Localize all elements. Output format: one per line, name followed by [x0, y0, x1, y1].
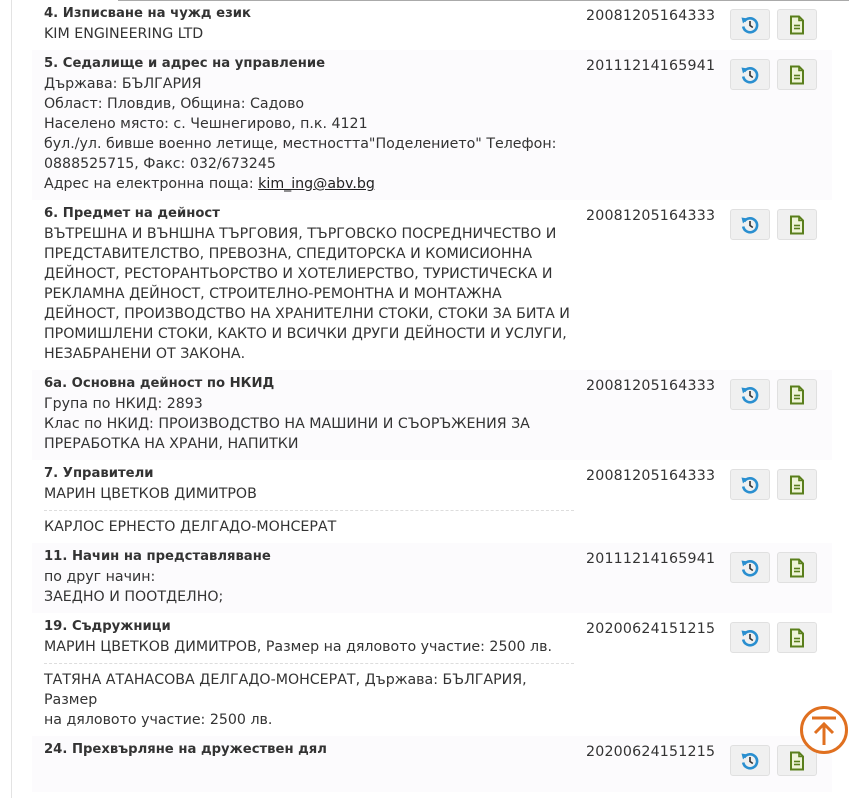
entry-timestamp: 20111214165941 — [586, 56, 715, 76]
entry-line: ДЕЙНОСТ, РЕСТОРАНТЬОРСТВО И ХОТЕЛИЕРСТВО… — [44, 264, 574, 284]
section-entries: МАРИН ЦВЕТКОВ ДИМИТРОВКАРЛОС ЕРНЕСТО ДЕЛ… — [44, 484, 574, 537]
history-button[interactable] — [730, 622, 770, 653]
entry-line: Група по НКИД: 2893 — [44, 394, 574, 414]
section-title: 6а. Основна дейност по НКИД — [44, 374, 574, 394]
arrow-to-top-icon — [799, 703, 849, 757]
history-button[interactable] — [730, 379, 770, 410]
entry-line: ЗАЕДНО И ПООТДЕЛНО; — [44, 587, 574, 607]
section-content: 4. Изписване на чужд език KIM ENGINEERIN… — [44, 4, 574, 44]
section-content: 19. Съдружници МАРИН ЦВЕТКОВ ДИМИТРОВ, Р… — [44, 617, 574, 730]
section-content: 5. Седалище и адрес на управление Държав… — [44, 54, 574, 194]
entry-line: ПРЕДСТАВИТЕЛСТВО, ПРЕВОЗНА, СПЕДИТОРСКА … — [44, 244, 574, 264]
entry-line: бул./ул. бивше военно летище, местността… — [44, 134, 574, 154]
registry-section: 6а. Основна дейност по НКИД Група по НКИ… — [32, 370, 832, 460]
registry-section: 24. Прехвърляне на дружествен дял 202006… — [32, 736, 832, 792]
document-icon — [789, 475, 805, 495]
entry-line: по друг начин: — [44, 567, 574, 587]
history-icon — [740, 475, 760, 495]
document-icon — [789, 558, 805, 578]
entry-line: KIM ENGINEERING LTD — [44, 24, 574, 44]
section-actions — [730, 59, 817, 90]
section-actions — [730, 9, 817, 40]
section-entries: ВЪТРЕШНА И ВЪНШНА ТЪРГОВИЯ, ТЪРГОВСКО ПО… — [44, 224, 574, 364]
section-title: 6. Предмет на дейност — [44, 204, 574, 224]
history-button[interactable] — [730, 9, 770, 40]
document-icon — [789, 15, 805, 35]
entry-line: КАРЛОС ЕРНЕСТО ДЕЛГАДО-МОНСЕРАТ — [44, 517, 574, 537]
history-icon — [740, 215, 760, 235]
entry-timestamp: 20081205164333 — [586, 466, 715, 486]
section-content: 11. Начин на представляване по друг начи… — [44, 547, 574, 607]
section-title: 24. Прехвърляне на дружествен дял — [44, 740, 574, 760]
section-title: 19. Съдружници — [44, 617, 574, 637]
document-button[interactable] — [777, 59, 817, 90]
left-divider — [11, 0, 12, 798]
registry-section: 6. Предмет на дейност ВЪТРЕШНА И ВЪНШНА … — [32, 200, 832, 370]
section-content: 24. Прехвърляне на дружествен дял — [44, 740, 574, 786]
document-button[interactable] — [777, 622, 817, 653]
history-icon — [740, 15, 760, 35]
entry-line: Държава: БЪЛГАРИЯ — [44, 74, 574, 94]
history-icon — [740, 65, 760, 85]
email-label: Адрес на електронна поща: — [44, 176, 258, 192]
entry-line: ВЪТРЕШНА И ВЪНШНА ТЪРГОВИЯ, ТЪРГОВСКО ПО… — [44, 224, 574, 244]
section-title: 7. Управители — [44, 464, 574, 484]
section-entry: Група по НКИД: 2893Клас по НКИД: ПРОИЗВО… — [44, 394, 574, 454]
document-button[interactable] — [777, 379, 817, 410]
history-icon — [740, 628, 760, 648]
section-entries: по друг начин:ЗАЕДНО И ПООТДЕЛНО; — [44, 567, 574, 607]
entry-line: НЕЗАБРАНЕНИ ОТ ЗАКОНА. — [44, 344, 574, 364]
history-button[interactable] — [730, 469, 770, 500]
entry-timestamp: 20081205164333 — [586, 206, 715, 226]
section-entries: Държава: БЪЛГАРИЯОбласт: Пловдив, Община… — [44, 74, 574, 194]
email-line: Адрес на електронна поща: kim_ing@abv.bg — [44, 174, 574, 194]
document-button[interactable] — [777, 469, 817, 500]
registry-sections-list: 4. Изписване на чужд език KIM ENGINEERIN… — [32, 0, 832, 792]
entry-timestamp: 20081205164333 — [586, 376, 715, 396]
section-entries: МАРИН ЦВЕТКОВ ДИМИТРОВ, Размер на дялово… — [44, 637, 574, 730]
section-entry: по друг начин:ЗАЕДНО И ПООТДЕЛНО; — [44, 567, 574, 607]
history-icon — [740, 385, 760, 405]
entry-line: Област: Пловдив, Община: Садово — [44, 94, 574, 114]
section-content: 7. Управители МАРИН ЦВЕТКОВ ДИМИТРОВКАРЛ… — [44, 464, 574, 537]
scroll-to-top-button[interactable] — [799, 703, 849, 757]
registry-section: 7. Управители МАРИН ЦВЕТКОВ ДИМИТРОВКАРЛ… — [32, 460, 832, 543]
entry-line: МАРИН ЦВЕТКОВ ДИМИТРОВ — [44, 484, 574, 504]
entry-timestamp: 20200624151215 — [586, 619, 715, 639]
section-actions — [730, 469, 817, 500]
document-icon — [789, 215, 805, 235]
registry-section: 5. Седалище и адрес на управление Държав… — [32, 50, 832, 200]
section-entries: Група по НКИД: 2893Клас по НКИД: ПРОИЗВО… — [44, 394, 574, 454]
section-content: 6. Предмет на дейност ВЪТРЕШНА И ВЪНШНА … — [44, 204, 574, 364]
email-link[interactable]: kim_ing@abv.bg — [258, 176, 375, 192]
history-button[interactable] — [730, 745, 770, 776]
entry-line: 0888525715, Факс: 032/673245 — [44, 154, 574, 174]
section-entry: KIM ENGINEERING LTD — [44, 24, 574, 44]
entry-line: РЕКЛАМНА ДЕЙНОСТ, СТРОИТЕЛНО-РЕМОНТНА И … — [44, 284, 574, 304]
entry-timestamp: 20200624151215 — [586, 742, 715, 762]
section-entry: ВЪТРЕШНА И ВЪНШНА ТЪРГОВИЯ, ТЪРГОВСКО ПО… — [44, 224, 574, 364]
entry-line: Населено място: с. Чешнегирово, п.к. 412… — [44, 114, 574, 134]
section-content: 6а. Основна дейност по НКИД Група по НКИ… — [44, 374, 574, 454]
entry-line: ДЕЙНОСТ, ПРОИЗВОДСТВО НА ХРАНИТЕЛНИ СТОК… — [44, 304, 574, 324]
entry-line: на дяловото участие: 2500 лв. — [44, 710, 574, 730]
history-icon — [740, 751, 760, 771]
registry-section: 19. Съдружници МАРИН ЦВЕТКОВ ДИМИТРОВ, Р… — [32, 613, 832, 736]
entry-line: Клас по НКИД: ПРОИЗВОДСТВО НА МАШИНИ И С… — [44, 414, 574, 434]
entry-timestamp: 20111214165941 — [586, 549, 715, 569]
section-actions — [730, 622, 817, 653]
document-button[interactable] — [777, 552, 817, 583]
section-entries: KIM ENGINEERING LTD — [44, 24, 574, 44]
entry-line: ПРОМИШЛЕНИ СТОКИ, КАКТО И ВСИЧКИ ДРУГИ Д… — [44, 324, 574, 344]
section-entry: КАРЛОС ЕРНЕСТО ДЕЛГАДО-МОНСЕРАТ — [44, 510, 574, 537]
document-button[interactable] — [777, 9, 817, 40]
section-actions — [730, 209, 817, 240]
section-title: 4. Изписване на чужд език — [44, 4, 574, 24]
history-button[interactable] — [730, 209, 770, 240]
section-actions — [730, 552, 817, 583]
section-entry: Държава: БЪЛГАРИЯОбласт: Пловдив, Община… — [44, 74, 574, 194]
registry-section: 4. Изписване на чужд език KIM ENGINEERIN… — [32, 0, 832, 50]
document-icon — [789, 628, 805, 648]
history-button[interactable] — [730, 552, 770, 583]
entry-line: МАРИН ЦВЕТКОВ ДИМИТРОВ, Размер на дялово… — [44, 637, 574, 657]
section-entry: ТАТЯНА АТАНАСОВА ДЕЛГАДО-МОНСЕРАТ, Държа… — [44, 663, 574, 730]
section-title: 11. Начин на представляване — [44, 547, 574, 567]
entry-line: ТАТЯНА АТАНАСОВА ДЕЛГАДО-МОНСЕРАТ, Държа… — [44, 670, 574, 710]
section-entry: МАРИН ЦВЕТКОВ ДИМИТРОВ, Размер на дялово… — [44, 637, 574, 657]
section-actions — [730, 379, 817, 410]
document-icon — [789, 65, 805, 85]
history-icon — [740, 558, 760, 578]
entry-timestamp: 20081205164333 — [586, 6, 715, 26]
section-title: 5. Седалище и адрес на управление — [44, 54, 574, 74]
entry-line: ПРЕРАБОТКА НА ХРАНИ, НАПИТКИ — [44, 434, 574, 454]
section-entry: МАРИН ЦВЕТКОВ ДИМИТРОВ — [44, 484, 574, 504]
document-button[interactable] — [777, 209, 817, 240]
registry-section: 11. Начин на представляване по друг начи… — [32, 543, 832, 613]
history-button[interactable] — [730, 59, 770, 90]
document-icon — [789, 385, 805, 405]
